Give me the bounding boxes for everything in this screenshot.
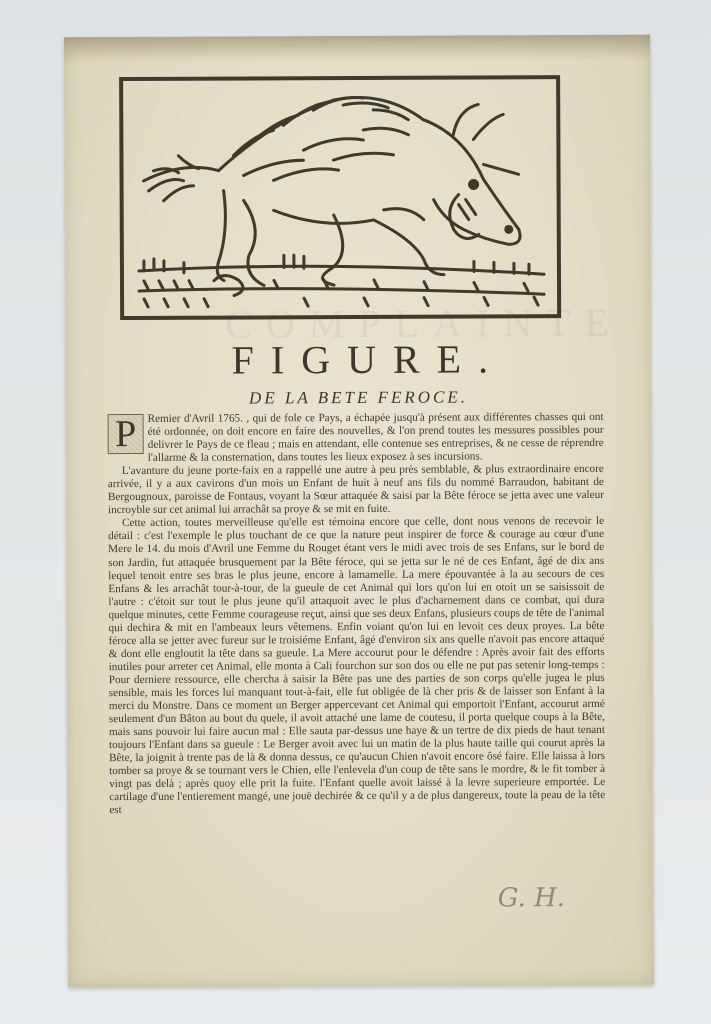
beast-woodcut-illustration [119,75,561,320]
document-subtitle: DE LA BETE FEROCE. [65,387,651,410]
beast-icon [123,79,557,316]
document-title: FIGURE. [65,335,651,385]
handwritten-signature: G. H. [498,883,565,913]
paragraph-1-text: Remier d'Avril 1765. , qui de fole ce Pa… [148,411,604,464]
paragraph-3: Cette action, toutes merveilleuse qu'ell… [108,515,605,817]
paragraph-2: L'avanture du jeune porte-faix en a rapp… [108,463,604,517]
ornamental-dropcap: P [108,414,144,454]
article-body: P Remier d'Avril 1765. , qui de fole ce … [108,411,606,818]
broadsheet-page: COMPLAINTE [64,35,654,988]
paragraph-1: P Remier d'Avril 1765. , qui de fole ce … [108,411,604,465]
